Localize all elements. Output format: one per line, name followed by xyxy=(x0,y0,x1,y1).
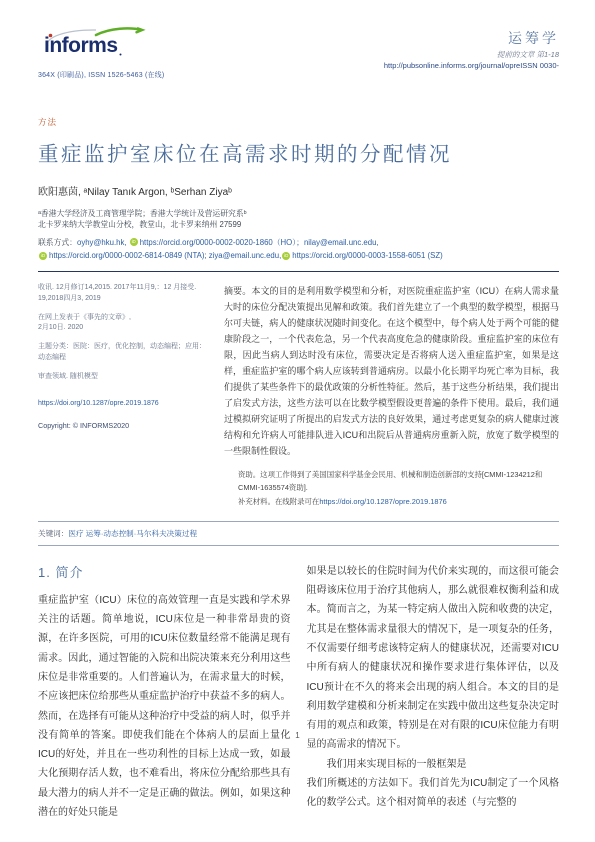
funding-block: 资助。这项工作得到了美国国家科学基金会民用、机械和制造创新部的支持[CMMI-1… xyxy=(224,469,559,509)
orcid-icon[interactable]: iD xyxy=(39,252,47,260)
copyright-line: Copyright: © INFORMS2020 xyxy=(38,420,210,431)
logo-trademark-dot xyxy=(120,54,122,56)
affiliation-line-1: ᵃ香港大学经济及工商管理学院；香港大学统计及营运研究系ᵇ xyxy=(38,208,559,219)
abstract-column: 摘要。本文的目的是利用数学模型和分析，对医院重症监护室（ICU）在病人需求量大时… xyxy=(224,283,559,511)
issn-line: 364X (印刷品), ISSN 1526-5463 (在线) xyxy=(38,70,258,80)
page-number: 1 xyxy=(0,731,595,740)
orcid-link-1[interactable]: https://orcid.org/0000-0002-0020-1860（HO… xyxy=(140,238,379,247)
keywords-links[interactable]: 医疗 运筹·动态控制·马尔科夫决策过程 xyxy=(68,529,197,538)
area-of-review: 审查领域. 随机模型 xyxy=(38,372,210,383)
supplemental-prefix: 补充材料。在线附录可在 xyxy=(238,497,319,506)
body-right-paragraph-1: 如果是以较长的住院时间为代价来实现的，而这很可能会阻碍该床位用于治疗其他病人，那… xyxy=(307,562,560,755)
divider-below-keywords xyxy=(38,545,559,546)
abstract-paragraph: 摘要。本文的目的是利用数学模型和分析，对医院重症监护室（ICU）在病人需求量大时… xyxy=(224,283,559,459)
body-right-paragraph-3: 我们所概述的方法如下。我们首先为ICU制定了一个风格化的数学公式。这个相对简单的… xyxy=(307,774,560,813)
body-left-column: 1. 简介 重症监护室（ICU）床位的高效管理一直是实践和学术界关注的话题。简单… xyxy=(38,562,299,823)
subject-classification: 主题分类：医院：医疗，优化控制，动态编程；应用：动态编程 xyxy=(38,342,210,364)
article-meta-column: 收讯. 12月修订14,2015. 2017年11月9,：12 月接受. 19,… xyxy=(38,283,224,511)
supplemental-doi-link[interactable]: https://doi.org/10.1287/opre.2019.1876 xyxy=(319,497,446,506)
body-right-paragraph-2: 我们用来实现目标的一般框架是 xyxy=(307,755,560,774)
body-left-text: 重症监护室（ICU）床位的高效管理一直是实践和学术界关注的话题。简单地说，ICU… xyxy=(38,591,291,823)
articles-in-advance: 提前的文章 第1-18 xyxy=(384,49,559,60)
article-kicker: 方法 xyxy=(38,116,559,128)
journal-url-link[interactable]: http://pubsonline.informs.org/journal/op… xyxy=(384,60,559,71)
abstract-row: 收讯. 12月修订14,2015. 2017年11月9,：12 月接受. 19,… xyxy=(38,283,559,511)
abstract-label: 摘要。 xyxy=(224,286,251,296)
divider-above-abstract xyxy=(38,271,559,272)
body-right-column: 如果是以较长的住院时间为代价来实现的，而这很可能会阻碍该床位用于治疗其他病人，那… xyxy=(299,562,560,823)
orcid-link-2[interactable]: https://orcid.org/0000-0002-6814-0849 (N… xyxy=(49,251,281,260)
received-dates: 收讯. 12月修订14,2015. 2017年11月9,：12 月接受. 19,… xyxy=(38,283,210,305)
orcid-link-3[interactable]: https://orcid.org/0000-0003-1558-6051 (S… xyxy=(292,251,442,260)
logo-i-dot xyxy=(49,34,53,38)
orcid-icon[interactable]: iD xyxy=(282,252,290,260)
body-right-text: 如果是以较长的住院时间为代价来实现的，而这很可能会阻碍该床位用于治疗其他病人，那… xyxy=(307,562,560,813)
email-link-1[interactable]: oyhy@hku.hk, xyxy=(77,238,127,247)
authors-line: 欧阳惠茵, ᵃNilay Tanık Argon, ᵇSerhan Ziyaᵇ xyxy=(38,183,559,198)
article-title: 重症监护室床位在高需求时期的分配情况 xyxy=(38,137,559,167)
contact-block: 联系方式：oyhy@hku.hk, iDhttps://orcid.org/00… xyxy=(38,236,559,263)
page-header: informs 364X (印刷品), ISSN 1526-5463 (在线) … xyxy=(38,26,559,80)
journal-name: 运筹学 xyxy=(384,28,559,49)
keywords-label: 关键词： xyxy=(38,529,68,538)
published-online: 在网上发表于《事先的文章》,2月10日. 2020 xyxy=(38,313,210,335)
paper-page: informs 364X (印刷品), ISSN 1526-5463 (在线) … xyxy=(0,0,595,842)
published-line-1: 在网上发表于《事先的文章》, xyxy=(38,314,131,321)
orcid-icon[interactable]: iD xyxy=(130,238,138,246)
abstract-text: 本文的目的是利用数学模型和分析，对医院重症监护室（ICU）在病人需求量大时的床位… xyxy=(224,286,559,456)
logo-wordmark: informs xyxy=(44,34,118,57)
published-line-2: 2月10日. 2020 xyxy=(38,324,83,331)
doi-link[interactable]: https://doi.org/10.1287/opre.2019.1876 xyxy=(38,400,159,407)
keywords-row: 关键词：医疗 运筹·动态控制·马尔科夫决策过程 xyxy=(38,522,559,545)
affiliation-line-2: 北卡罗来纳大学教堂山分校，教堂山，北卡罗来纳州 27599 xyxy=(38,219,559,230)
contact-label: 联系方式： xyxy=(38,238,77,247)
informs-logo: informs xyxy=(38,26,150,60)
supplemental-line: 补充材料。在线附录可在https://doi.org/10.1287/opre.… xyxy=(238,496,559,509)
body-columns: 1. 简介 重症监护室（ICU）床位的高效管理一直是实践和学术界关注的话题。简单… xyxy=(38,562,559,823)
publisher-block: informs 364X (印刷品), ISSN 1526-5463 (在线) xyxy=(38,26,258,80)
journal-block: 运筹学 提前的文章 第1-18 http://pubsonline.inform… xyxy=(384,26,559,72)
funding-text: 资助。这项工作得到了美国国家科学基金会民用、机械和制造创新部的支持[CMMI-1… xyxy=(238,469,559,494)
affiliations: ᵃ香港大学经济及工商管理学院；香港大学统计及营运研究系ᵇ 北卡罗来纳大学教堂山分… xyxy=(38,208,559,231)
section-1-heading: 1. 简介 xyxy=(38,562,291,581)
